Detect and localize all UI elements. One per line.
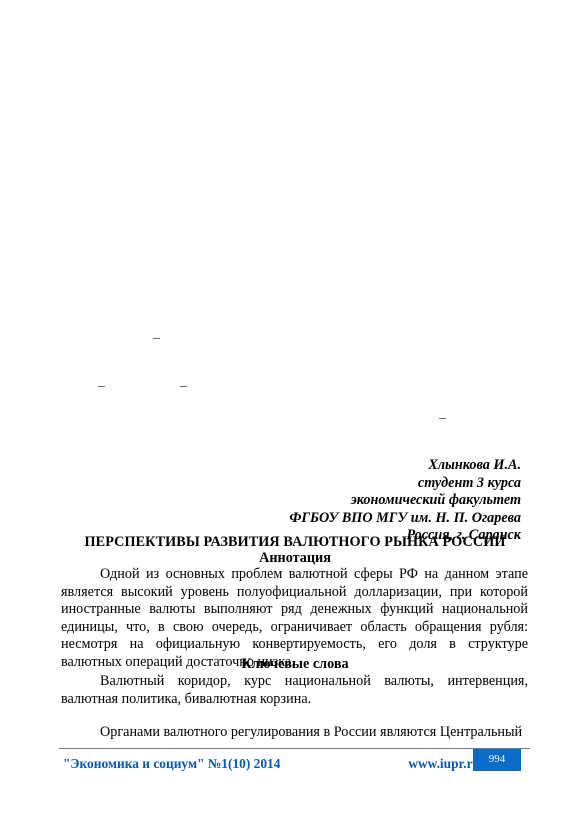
author-block: Хлынкова И.А. студент 3 курса экономичес…: [289, 457, 521, 545]
stray-dash-mark: [180, 386, 187, 387]
abstract-text: Одной из основных проблем валютной сферы…: [61, 566, 528, 670]
page-number: 994: [489, 753, 506, 765]
author-position: студент 3 курса: [289, 475, 521, 493]
stray-dash-mark: [98, 386, 105, 387]
author-faculty: экономический факультет: [289, 492, 521, 510]
page-number-badge: 994: [473, 749, 521, 771]
footer-journal-name: "Экономика и социум" №1(10) 2014: [63, 756, 280, 772]
keywords-text: Валютный коридор, курс национальной валю…: [61, 673, 528, 707]
footer-divider: [59, 748, 530, 749]
keywords-paragraph: Валютный коридор, курс национальной валю…: [61, 673, 528, 708]
stray-dash-mark: [153, 338, 160, 339]
author-university: ФГБОУ ВПО МГУ им. Н. П. Огарева: [289, 510, 521, 528]
article-title: ПЕРСПЕКТИВЫ РАЗВИТИЯ ВАЛЮТНОГО РЫНКА РОС…: [60, 534, 530, 551]
footer-website-link[interactable]: www.iupr.ru: [408, 756, 480, 772]
body-paragraph: Органами валютного регулирования в Росси…: [61, 724, 528, 742]
keywords-heading: Ключевые слова: [60, 656, 530, 673]
abstract-heading: Аннотация: [60, 550, 530, 567]
body-text: Органами валютного регулирования в Росси…: [100, 724, 522, 740]
author-name: Хлынкова И.А.: [289, 457, 521, 475]
stray-dash-mark: [439, 418, 446, 419]
